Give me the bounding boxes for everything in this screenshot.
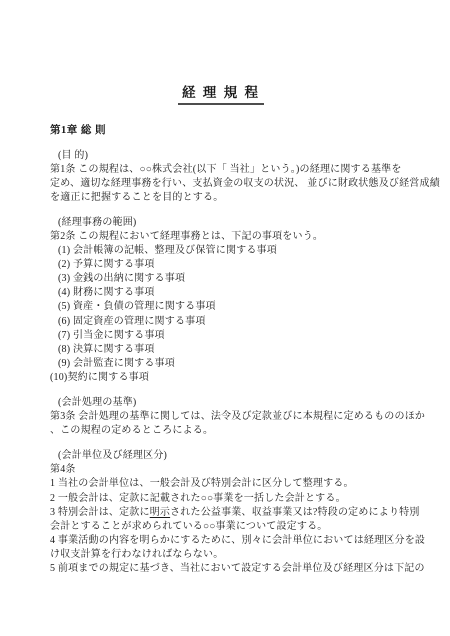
underlined-text: 明示	[150, 507, 170, 518]
text-line: け収支計算を行わなければならない。	[50, 548, 392, 562]
text-line: (9) 会計監査に関する事項	[50, 357, 392, 371]
text-line: (2) 予算に関する事項	[50, 258, 392, 272]
text-line: (8) 決算に関する事項	[50, 343, 392, 357]
text-line: (5) 資産・負債の管理に関する事項	[50, 300, 392, 314]
text-line: 第3条 会計処理の基準に関しては、法令及び定款並びに本規程に定めるもののほか	[50, 410, 392, 424]
text-line: 定め、適切な経理事務を行い、支払資金の収支の状況、 並びに財政状態及び経営成績	[50, 177, 392, 191]
text-segment: 3 特別会計は、定款に	[50, 507, 150, 518]
text-line: (会計単位及び経理区分)	[50, 449, 392, 463]
text-line: (1) 会計帳簿の記帳、整理及び保管に関する事項	[50, 244, 392, 258]
title-container: 経 理 規 程	[50, 84, 392, 105]
text-line: (7) 引当金に関する事項	[50, 329, 392, 343]
text-line: 3 特別会計は、定款に明示された公益事業、収益事業又は?特段の定めにより特別	[50, 506, 392, 520]
text-line: (10)契約に関する事項	[50, 371, 392, 385]
blank-line	[50, 205, 392, 216]
text-line: 5 前項までの規定に基づき、当社において設定する会計単位及び経理区分は下記の	[50, 562, 392, 576]
text-line: 2 一般会計は、定款に記載された○○事業を一括した会計とする。	[50, 492, 392, 506]
document-title: 経 理 規 程	[178, 86, 264, 105]
chapter-heading: 第1章 総 則	[50, 124, 392, 138]
blank-line	[50, 385, 392, 396]
document-body: (目 的)第1条 この規程は、○○株式会社(以下「 当社」という。)の経理に関す…	[50, 149, 392, 577]
text-line: 、この規程の定めるところによる。	[50, 424, 392, 438]
text-line: 1 当社の会計単位は、一般会計及び特別会計に区分して整理する。	[50, 477, 392, 491]
text-line: 4 事業活動の内容を明らかにするために、別々に会計単位においては経理区分を設	[50, 534, 392, 548]
text-line: 会計とすることが求められている○○事業について設定する。	[50, 520, 392, 534]
text-line: (3) 金銭の出納に関する事項	[50, 272, 392, 286]
text-line: を適正に把握することを目的とする。	[50, 191, 392, 205]
text-line: 第2条 この規程において経理事務とは、下記の事項をいう。	[50, 230, 392, 244]
text-segment: された公益事業、収益事業又は?特段の定めにより特別	[170, 507, 419, 518]
text-line: (経理事務の範囲)	[50, 216, 392, 230]
document-page: 経 理 規 程 第1章 総 則 (目 的)第1条 この規程は、○○株式会社(以下…	[0, 0, 450, 636]
blank-line	[50, 438, 392, 449]
text-line: (4) 財務に関する事項	[50, 286, 392, 300]
text-line: (会計処理の基準)	[50, 396, 392, 410]
text-line: 第4条	[50, 463, 392, 477]
text-line: (6) 固定資産の管理に関する事項	[50, 315, 392, 329]
text-line: 第1条 この規程は、○○株式会社(以下「 当社」という。)の経理に関する基準を	[50, 163, 392, 177]
text-line: (目 的)	[50, 149, 392, 163]
